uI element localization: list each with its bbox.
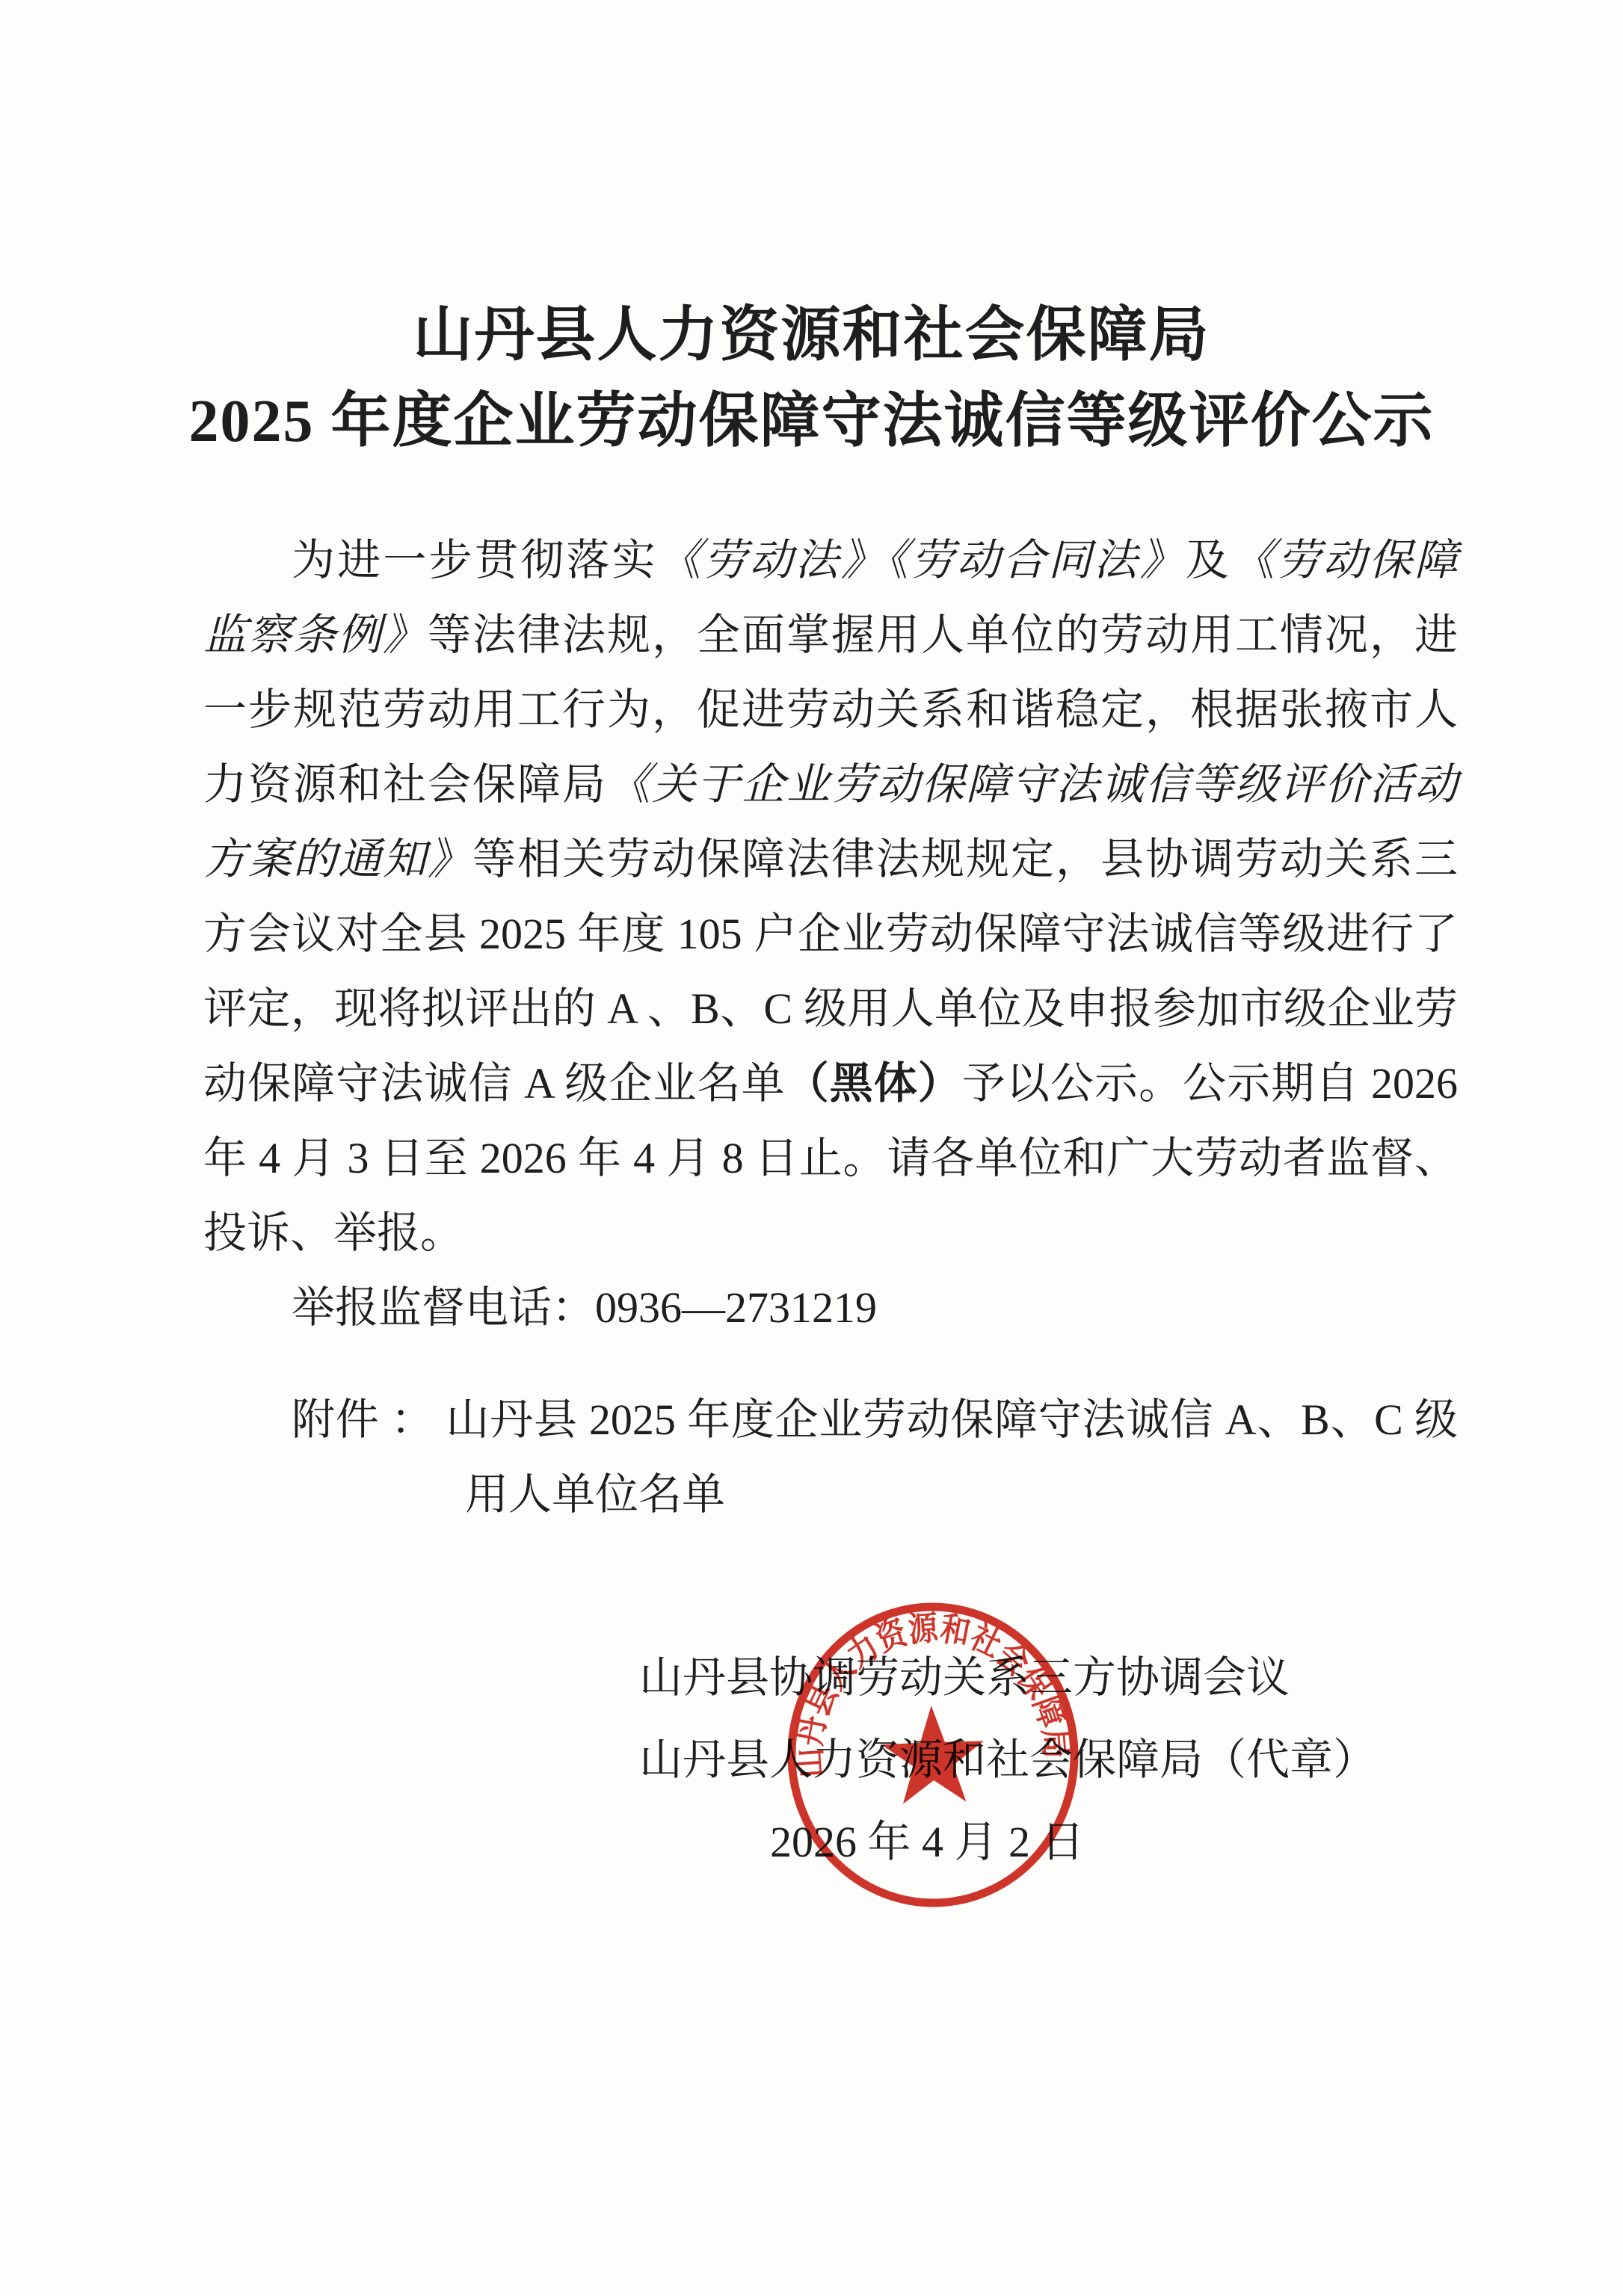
body-line: 评定，现将拟评出的 A 、B、C 级用人单位及申报参加市级企业劳 <box>203 972 1458 1046</box>
text-segment: 《关于企业劳动保障守法诚信等级评价活动 <box>607 760 1458 809</box>
text-segment: 评定，现将拟评出的 A 、B、C 级用人单位及申报参加市级企业劳 <box>203 984 1458 1033</box>
body-line: 一步规范劳动用工行为，促进劳动关系和谐稳定，根据张掖市人 <box>203 673 1458 747</box>
text-segment: 为进一步贯彻落实 <box>292 536 658 584</box>
title-line-2: 2025 年度企业劳动保障守法诚信等级评价公示 <box>0 379 1623 465</box>
text-segment: 《劳动保障 <box>1231 536 1458 584</box>
signature-block: 山丹县协调劳动关系三方协调会议 山丹县人力资源和社会保障局（代章） 2026 年… <box>639 1637 1387 1883</box>
body-line: 方会议对全县 2025 年度 105 户企业劳动保障守法诚信等级进行了 <box>203 897 1458 972</box>
signature-org-1: 山丹县协调劳动关系三方协调会议 <box>639 1637 1387 1719</box>
text-segment: 等相关劳动保障法律法规规定，县协调劳动关系三 <box>472 835 1458 883</box>
attachment-line-2: 用人单位名单 <box>203 1457 1458 1532</box>
body-line: 年 4 月 3 日至 2026 年 4 月 8 日止。请各单位和广大劳动者监督、 <box>203 1121 1458 1196</box>
text-segment: 一步规范劳动用工行为，促进劳动关系和谐稳定，根据张掖市人 <box>203 685 1458 734</box>
text-segment: 方会议对全县 2025 年度 105 户企业劳动保障守法诚信等级进行了 <box>203 910 1458 958</box>
body-line: 投诉、举报。 <box>203 1196 1458 1271</box>
body-line: 监察条例》等法律法规，全面掌握用人单位的劳动用工情况，进 <box>203 598 1458 673</box>
text-segment: 等法律法规，全面掌握用人单位的劳动用工情况，进 <box>428 611 1458 659</box>
document-body: 为进一步贯彻落实《劳动法》《劳动合同法》及《劳动保障 监察条例》等法律法规，全面… <box>203 523 1458 1532</box>
text-segment: （黑体） <box>786 1059 962 1108</box>
body-line: 为进一步贯彻落实《劳动法》《劳动合同法》及《劳动保障 <box>203 523 1458 598</box>
text-segment: 及 <box>1186 536 1231 584</box>
signature-date: 2026 年 4 月 2 日 <box>639 1801 1387 1883</box>
text-segment: 监察条例》 <box>203 611 428 659</box>
document-title: 山丹县人力资源和社会保障局 2025 年度企业劳动保障守法诚信等级评价公示 <box>0 0 1623 465</box>
text-segment: 年 4 月 3 日至 2026 年 4 月 8 日止。请各单位和广大劳动者监督、 <box>203 1134 1458 1182</box>
text-segment: 投诉、举报。 <box>203 1209 464 1257</box>
attachment-line-1: 附件 ： 山丹县 2025 年度企业劳动保障守法诚信 A、B、C 级 <box>203 1383 1458 1457</box>
text-segment: 《劳动法》《劳动合同法》 <box>658 536 1186 584</box>
blank-gap <box>203 1345 1458 1383</box>
body-line: 方案的通知》等相关劳动保障法律法规规定，县协调劳动关系三 <box>203 822 1458 897</box>
text-segment: 力资源和社会保障局 <box>203 760 607 809</box>
document-page: 山丹县人力资源和社会保障局 2025 年度企业劳动保障守法诚信等级评价公示 为进… <box>0 0 1623 2296</box>
text-segment: 方案的通知》 <box>203 835 472 883</box>
text-segment: 予以公示。公示期自 2026 <box>962 1059 1458 1108</box>
body-line: 力资源和社会保障局《关于企业劳动保障守法诚信等级评价活动 <box>203 747 1458 822</box>
hotline-line: 举报监督电话：0936—2731219 <box>203 1271 1458 1345</box>
signature-org-2: 山丹县人力资源和社会保障局（代章） <box>639 1719 1387 1801</box>
title-line-1: 山丹县人力资源和社会保障局 <box>0 293 1623 379</box>
text-segment: 动保障守法诚信 A 级企业名单 <box>203 1059 786 1108</box>
body-line: 动保障守法诚信 A 级企业名单（黑体）予以公示。公示期自 2026 <box>203 1046 1458 1121</box>
